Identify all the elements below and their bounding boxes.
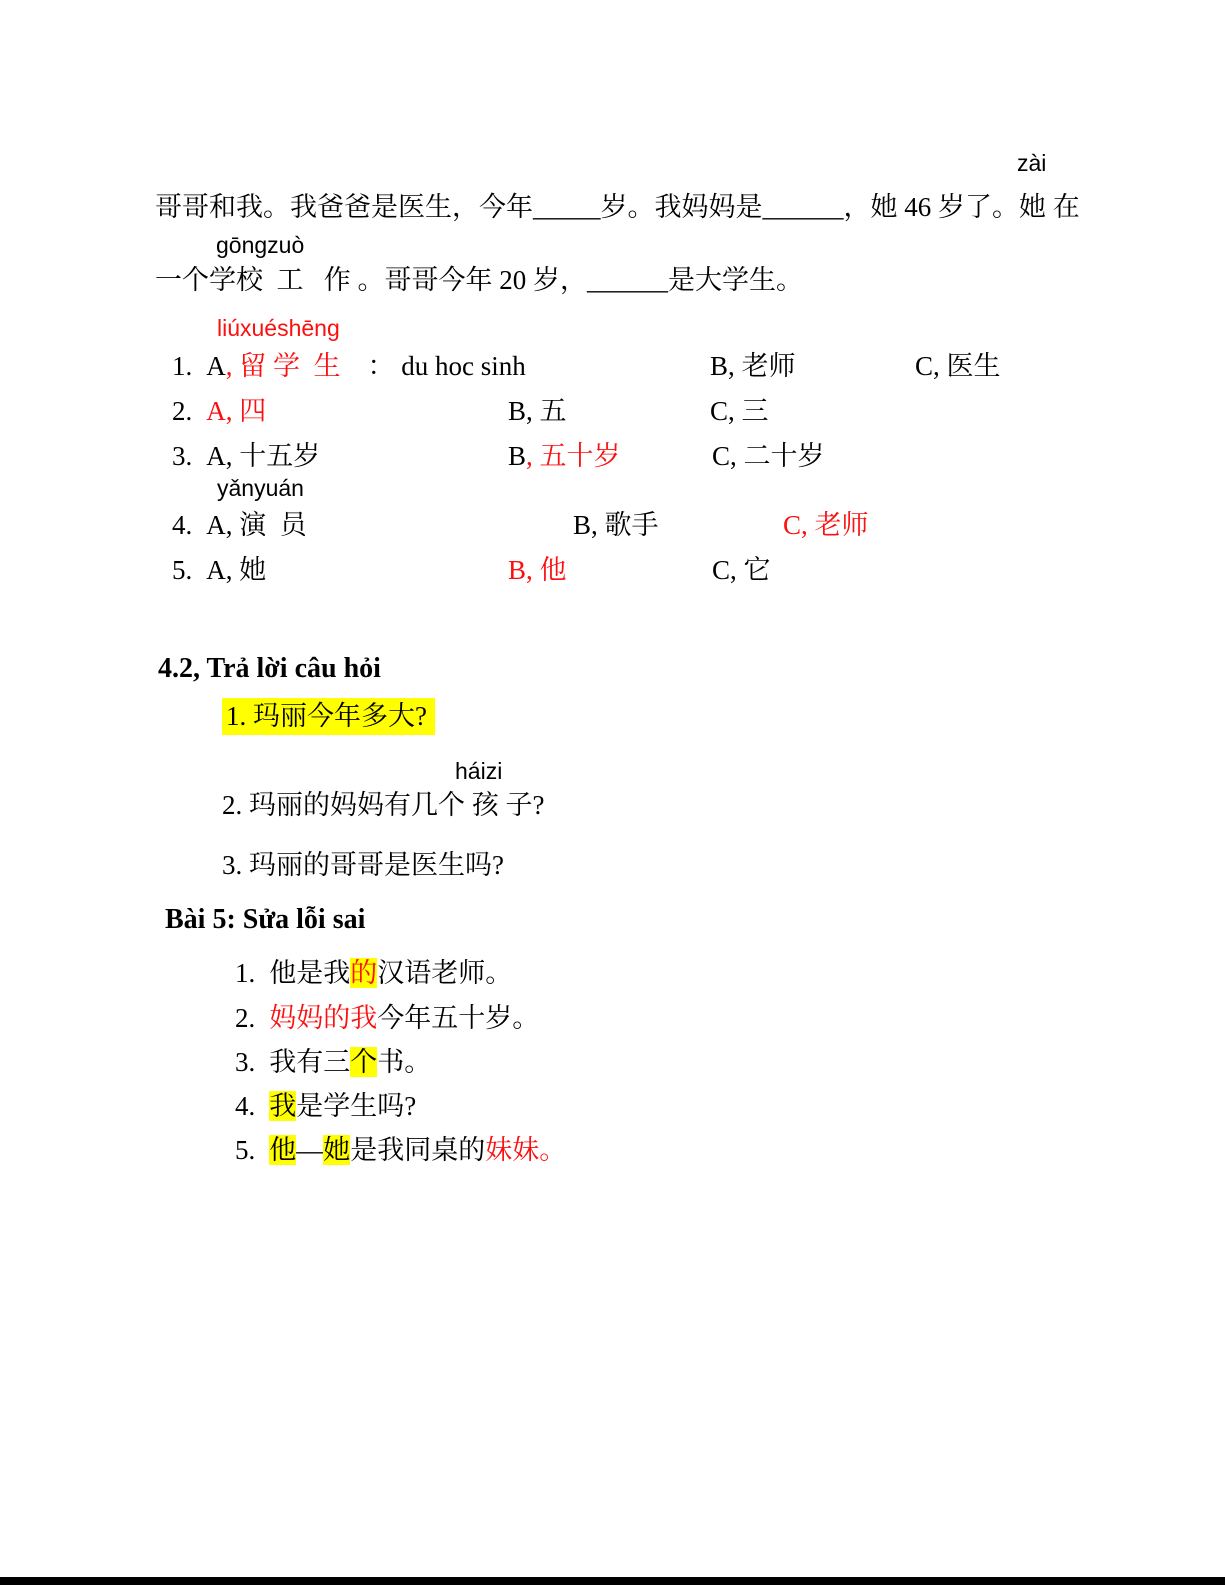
pinyin-liuxuesheng: liúxuéshēng [217,315,340,343]
bai5-item-2-text: 今年五十岁。 [377,1003,539,1033]
bai5-item-5-dash: — [296,1135,323,1165]
pinyin-gongzuo: gōngzuò [216,232,304,260]
pinyin-zai: zài [1017,150,1046,178]
quiz-row-3-option-b-letter: B [508,441,526,471]
quiz-row-2-number: 2. [172,395,192,427]
quiz-row-4-option-c: C, 老师 [783,509,869,541]
bai5-item-1-text: 他是我 [269,958,350,988]
bai5-item-5-error-1: 他 [269,1135,296,1165]
quiz-row-1-option-b: B, 老师 [710,350,796,382]
pinyin-haizi: háizi [455,758,502,786]
bai5-item-1: 1.他是我的汉语老师。 [235,957,512,989]
bai5-item-5-number: 5. [235,1134,255,1166]
quiz-row-5-option-c: C, 它 [712,554,771,586]
bai5-item-2-error: 妈妈的我 [269,1003,377,1033]
pinyin-yanyuan: yǎnyuán [217,475,304,503]
bai5-item-5-error-2: 她 [323,1135,350,1165]
quiz-row-1-option-a-letter: A [206,351,226,381]
quiz-row-1-option-a: 1.A, 留 学 生 ： du hoc sinh [172,350,526,382]
bai5-item-4-error: 我 [269,1091,296,1121]
quiz-row-1-option-c: C, 医生 [915,350,1001,382]
quiz-row-4-option-a: 4.A, 演 员 [172,509,307,541]
quiz-row-5-option-b: B, 他 [508,554,567,586]
quiz-row-2-option-b: B, 五 [508,395,567,427]
bai5-item-4: 4.我是学生吗? [235,1090,416,1122]
quiz-row-5-option-a-text: A, 她 [206,555,266,585]
quiz-row-3-number: 3. [172,440,192,472]
page-bottom-edge [0,1577,1225,1585]
quiz-row-3-option-b-answer: , 五十岁 [526,441,621,471]
bai5-item-3-error: 个 [350,1047,377,1077]
bai5-item-3: 3.我有三个书。 [235,1046,431,1078]
question-2: 2. 玛丽的妈妈有几个 孩 子? [222,789,544,821]
quiz-row-5-number: 5. [172,554,192,586]
bai5-item-4-text: 是学生吗? [296,1091,416,1121]
bai5-heading: Bài 5: Sửa lỗi sai [165,903,365,937]
quiz-row-4-option-a-text: A, 演 员 [206,510,307,540]
quiz-row-2-option-a: 2.A, 四 [172,395,266,427]
bai5-item-3-text: 我有三 [269,1047,350,1077]
quiz-row-4-option-b: B, 歌手 [573,509,659,541]
bai5-item-2-number: 2. [235,1002,255,1034]
quiz-row-1-option-a-translation: ： du hoc sinh [341,351,526,381]
bai5-item-3-text-2: 书。 [377,1047,431,1077]
bai5-item-3-number: 3. [235,1046,255,1078]
bai5-item-1-number: 1. [235,957,255,989]
quiz-row-5-option-a: 5.A, 她 [172,554,266,586]
question-1-highlight: 1. 玛丽今年多大? [222,698,435,735]
quiz-row-3-option-a-text: A, 十五岁 [206,441,320,471]
quiz-row-1-number: 1. [172,350,192,382]
quiz-row-1-option-a-answer: , 留 学 生 [226,351,341,381]
bai5-item-5: 5.他—她是我同桌的妹妹。 [235,1134,566,1166]
question-1: 1. 玛丽今年多大? [222,700,435,732]
question-3: 3. 玛丽的哥哥是医生吗? [222,849,504,881]
passage-line-1: 哥哥和我。我爸爸是医生，今年_____岁。我妈妈是______，她 46 岁了。… [155,191,1080,223]
bai5-item-5-text: 是我同桌的 [350,1135,485,1165]
quiz-row-4-number: 4. [172,509,192,541]
bai5-item-1-error: 的 [350,958,377,988]
quiz-row-3-option-c: C, 二十岁 [712,440,825,472]
quiz-row-2-option-a-answer: A, 四 [206,396,266,426]
bai5-item-2: 2.妈妈的我今年五十岁。 [235,1002,539,1034]
quiz-row-3-option-a: 3.A, 十五岁 [172,440,320,472]
passage-line-2: 一个学校 工 作 。哥哥今年 20 岁，______是大学生。 [155,264,803,296]
bai5-item-4-number: 4. [235,1090,255,1122]
quiz-row-2-option-c: C, 三 [710,395,769,427]
bai5-item-1-text-2: 汉语老师。 [377,958,512,988]
bai5-item-5-error-3: 妹妹。 [485,1135,566,1165]
quiz-row-3-option-b: B, 五十岁 [508,440,621,472]
section-4-2-heading: 4.2, Trả lời câu hỏi [158,652,381,686]
